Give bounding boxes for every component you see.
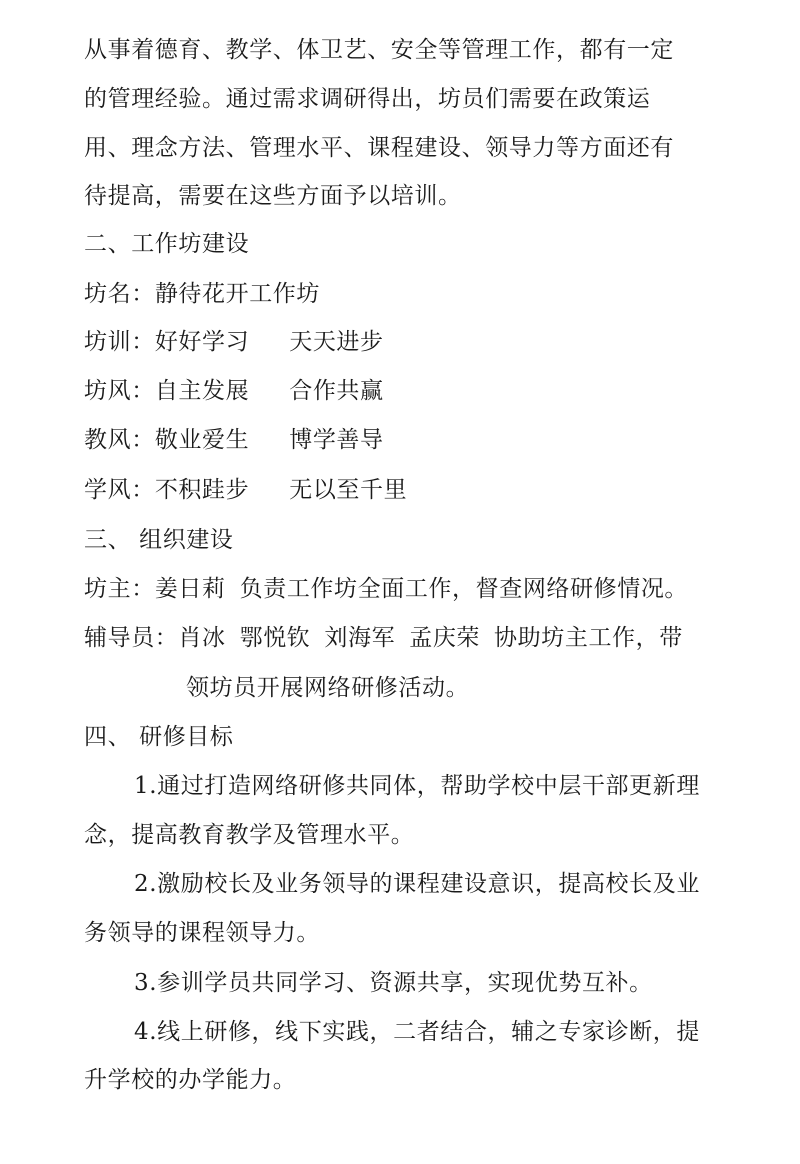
tutors-label: 辅导员： — [84, 625, 178, 651]
workshop-style-label: 坊风： — [84, 378, 155, 404]
workshop-style-part1: 自主发展 — [155, 378, 249, 404]
workshop-motto-row: 坊训：好好学习天天进步 — [84, 326, 384, 358]
tutor-name: 刘海军 — [324, 625, 395, 651]
host-row: 坊主：姜日莉负责工作坊全面工作，督查网络研修情况。 — [84, 573, 688, 605]
teaching-style-row: 教风：敬业爱生博学善导 — [84, 424, 384, 456]
learning-style-part1: 不积跬步 — [155, 477, 249, 503]
host-duty: 负责工作坊全面工作，督查网络研修情况。 — [240, 576, 688, 602]
host-name: 姜日莉 — [155, 576, 226, 602]
learning-style-part2: 无以至千里 — [289, 477, 407, 503]
tutors-row: 辅导员：肖冰鄂悦钦刘海军孟庆荣协助坊主工作，带 — [84, 622, 683, 654]
document-page: 从事着德育、教学、体卫艺、安全等管理工作，都有一定 的管理经验。通过需求调研得出… — [0, 0, 800, 1164]
tutor-name: 鄂悦钦 — [240, 625, 311, 651]
goal-2-line-1: 2.激励校长及业务领导的课程建设意识，提高校长及业 — [134, 868, 700, 900]
workshop-style-row: 坊风：自主发展合作共赢 — [84, 375, 384, 407]
tutor-name: 肖冰 — [178, 625, 225, 651]
host-label: 坊主： — [84, 576, 155, 602]
teaching-style-label: 教风： — [84, 427, 155, 453]
goal-4-line-1: 4.线上研修，线下实践，二者结合，辅之专家诊断，提 — [134, 1016, 700, 1048]
workshop-name-row: 坊名：静待花开工作坊 — [84, 278, 320, 310]
section-3-heading: 三、 组织建设 — [84, 524, 234, 556]
workshop-motto-part1: 好好学习 — [155, 329, 249, 355]
intro-line-4: 待提高，需要在这些方面予以培训。 — [84, 180, 462, 212]
section-4-heading: 四、 研修目标 — [84, 721, 234, 753]
intro-line-2: 的管理经验。通过需求调研得出，坊员们需要在政策运 — [84, 83, 650, 115]
section-2-heading: 二、工作坊建设 — [84, 228, 249, 260]
teaching-style-part1: 敬业爱生 — [155, 427, 249, 453]
goal-1-line-1: 1.通过打造网络研修共同体，帮助学校中层干部更新理 — [134, 770, 700, 802]
workshop-name-value: 静待花开工作坊 — [155, 281, 320, 307]
learning-style-row: 学风：不积跬步无以至千里 — [84, 474, 407, 506]
workshop-motto-part2: 天天进步 — [289, 329, 383, 355]
intro-line-1: 从事着德育、教学、体卫艺、安全等管理工作，都有一定 — [84, 34, 674, 66]
tutors-duty-line-2: 领坊员开展网络研修活动。 — [186, 672, 469, 704]
tutors-duty-line-1: 协助坊主工作，带 — [494, 625, 683, 651]
workshop-style-part2: 合作共赢 — [289, 378, 383, 404]
teaching-style-part2: 博学善导 — [289, 427, 383, 453]
workshop-name-label: 坊名： — [84, 281, 155, 307]
goal-4-line-2: 升学校的办学能力。 — [84, 1064, 296, 1096]
goal-2-line-2: 务领导的课程领导力。 — [84, 917, 320, 949]
tutor-name: 孟庆荣 — [409, 625, 480, 651]
workshop-motto-label: 坊训： — [84, 329, 155, 355]
learning-style-label: 学风： — [84, 477, 155, 503]
goal-1-line-2: 念，提高教育教学及管理水平。 — [84, 819, 414, 851]
goal-3-line-1: 3.参训学员共同学习、资源共享，实现优势互补。 — [134, 967, 653, 999]
intro-line-3: 用、理念方法、管理水平、课程建设、领导力等方面还有 — [84, 132, 674, 164]
